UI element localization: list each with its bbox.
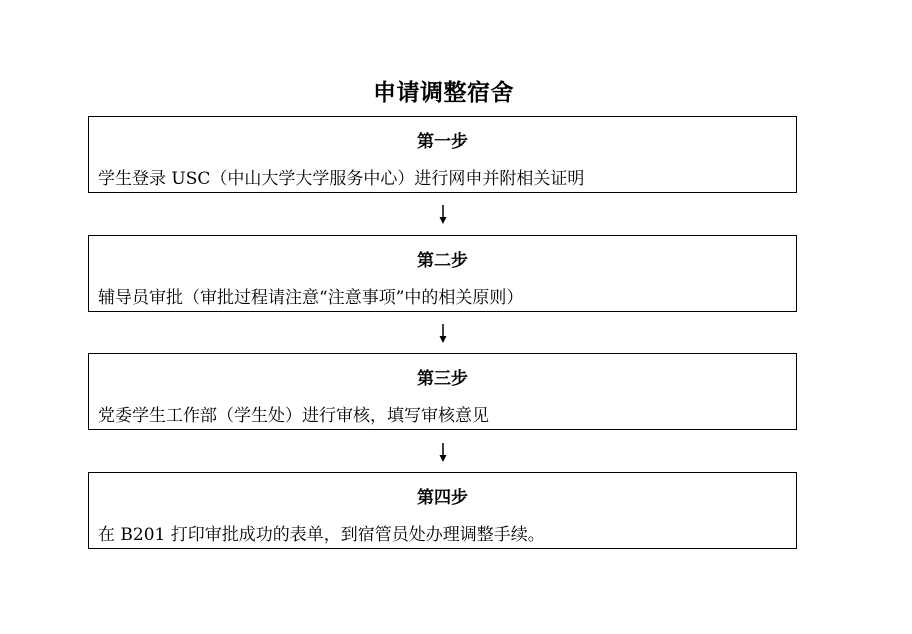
down-arrow-icon: [438, 205, 448, 225]
down-arrow-icon: [438, 324, 448, 344]
step-title: 第一步: [89, 127, 796, 152]
step-box-3: 第三步 党委学生工作部（学生处）进行审核，填写审核意见: [88, 353, 797, 430]
down-arrow-icon: [438, 443, 448, 463]
step-title: 第三步: [89, 364, 796, 389]
step-title: 第二步: [89, 246, 796, 271]
step-box-1: 第一步 学生登录 USC（中山大学大学服务中心）进行网申并附相关证明: [88, 116, 797, 193]
page-title: 申请调整宿舍: [0, 74, 887, 107]
step-description: 党委学生工作部（学生处）进行审核，填写审核意见: [98, 401, 489, 426]
step-description: 辅导员审批（审批过程请注意“注意事项”中的相关原则）: [98, 283, 523, 308]
step-description: 学生登录 USC（中山大学大学服务中心）进行网申并附相关证明: [98, 164, 584, 189]
step-box-2: 第二步 辅导员审批（审批过程请注意“注意事项”中的相关原则）: [88, 235, 797, 312]
step-description: 在 B201 打印审批成功的表单，到宿管员处办理调整手续。: [98, 520, 545, 545]
step-title: 第四步: [89, 483, 796, 508]
step-box-4: 第四步 在 B201 打印审批成功的表单，到宿管员处办理调整手续。: [88, 472, 797, 549]
